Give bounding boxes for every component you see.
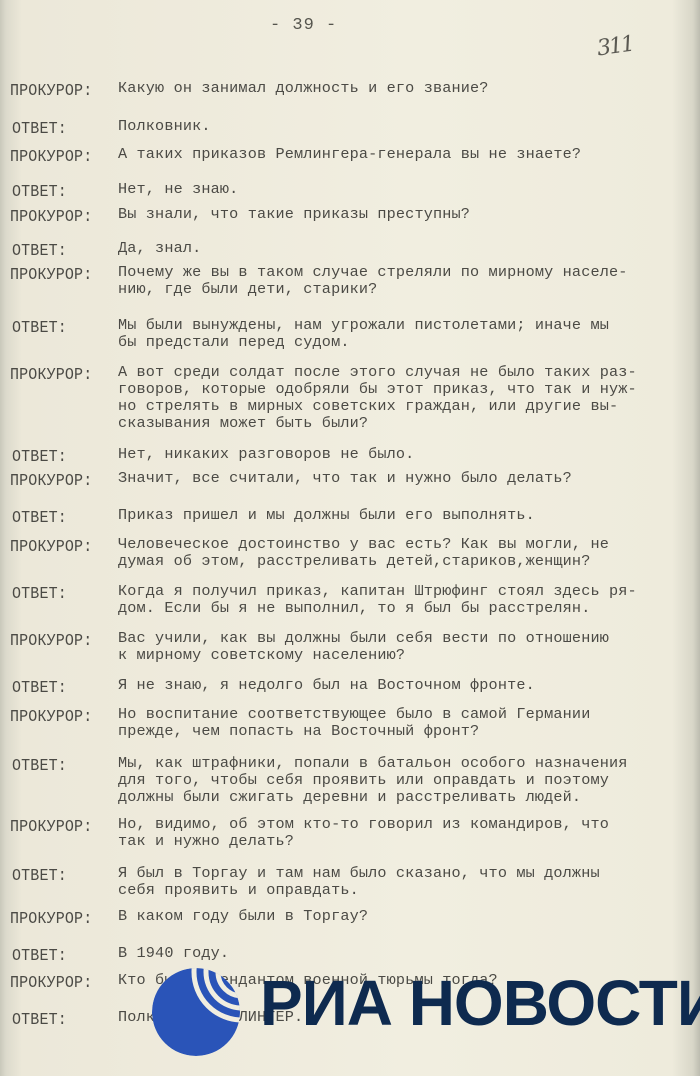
question-text: Почему же вы в таком случае стреляли по … bbox=[118, 264, 698, 298]
ria-novosti-wordmark: РИА НОВОСТИ bbox=[260, 968, 700, 1038]
handwritten-archive-number: 311 bbox=[595, 32, 634, 62]
question-text: Какую он занимал должность и его звание? bbox=[118, 80, 698, 97]
question-text: Человеческое достоинство у вас есть? Как… bbox=[118, 536, 698, 570]
speaker-answer: ОТВЕТ: bbox=[12, 679, 67, 697]
speaker-prosecutor: ПРОКУРОР: bbox=[10, 974, 92, 992]
ria-novosti-watermark: РИА НОВОСТИ bbox=[150, 962, 680, 1058]
speaker-prosecutor: ПРОКУРОР: bbox=[10, 82, 92, 100]
question-text: В каком году были в Торгау? bbox=[118, 908, 698, 925]
speaker-prosecutor: ПРОКУРОР: bbox=[10, 632, 92, 650]
speaker-prosecutor: ПРОКУРОР: bbox=[10, 708, 92, 726]
speaker-prosecutor: ПРОКУРОР: bbox=[10, 148, 92, 166]
speaker-answer: ОТВЕТ: bbox=[12, 183, 67, 201]
answer-text: Мы, как штрафники, попали в батальон осо… bbox=[118, 755, 698, 806]
speaker-answer: ОТВЕТ: bbox=[12, 867, 67, 885]
speaker-prosecutor: ПРОКУРОР: bbox=[10, 266, 92, 284]
answer-text: Я был в Торгау и там нам было сказано, ч… bbox=[118, 865, 698, 899]
answer-text: В 1940 году. bbox=[118, 945, 698, 962]
speaker-prosecutor: ПРОКУРОР: bbox=[10, 538, 92, 556]
question-text: Но, видимо, об этом кто-то говорил из ко… bbox=[118, 816, 698, 850]
speaker-answer: ОТВЕТ: bbox=[12, 120, 67, 138]
answer-text: Когда я получил приказ, капитан Штрюфинг… bbox=[118, 583, 698, 617]
answer-text: Приказ пришел и мы должны были его выпол… bbox=[118, 507, 698, 524]
speaker-answer: ОТВЕТ: bbox=[12, 757, 67, 775]
speaker-answer: ОТВЕТ: bbox=[12, 947, 67, 965]
speaker-answer: ОТВЕТ: bbox=[12, 509, 67, 527]
answer-text: Нет, никаких разговоров не было. bbox=[118, 446, 698, 463]
speaker-answer: ОТВЕТ: bbox=[12, 448, 67, 466]
question-text: Значит, все считали, что так и нужно был… bbox=[118, 470, 698, 487]
speaker-answer: ОТВЕТ: bbox=[12, 1011, 67, 1029]
question-text: А вот среди солдат после этого случая не… bbox=[118, 364, 698, 432]
question-text: А таких приказов Ремлингера-генерала вы … bbox=[118, 146, 698, 163]
answer-text: Мы были вынуждены, нам угрожали пистолет… bbox=[118, 317, 698, 351]
speaker-prosecutor: ПРОКУРОР: bbox=[10, 818, 92, 836]
speaker-answer: ОТВЕТ: bbox=[12, 319, 67, 337]
document-page: - 39 - 311 ПРОКУРОР:Какую он занимал дол… bbox=[0, 0, 700, 1076]
page-number: - 39 - bbox=[270, 16, 337, 35]
speaker-prosecutor: ПРОКУРОР: bbox=[10, 366, 92, 384]
speaker-answer: ОТВЕТ: bbox=[12, 585, 67, 603]
answer-text: Да, знал. bbox=[118, 240, 698, 257]
answer-text: Полковник. bbox=[118, 118, 698, 135]
speaker-prosecutor: ПРОКУРОР: bbox=[10, 472, 92, 490]
question-text: Но воспитание соответствующее было в сам… bbox=[118, 706, 698, 740]
question-text: Вас учили, как вы должны были себя вести… bbox=[118, 630, 698, 664]
question-text: Вы знали, что такие приказы преступны? bbox=[118, 206, 698, 223]
answer-text: Я не знаю, я недолго был на Восточном фр… bbox=[118, 677, 698, 694]
ria-globe-icon bbox=[150, 962, 250, 1058]
answer-text: Нет, не знаю. bbox=[118, 181, 698, 198]
speaker-prosecutor: ПРОКУРОР: bbox=[10, 208, 92, 226]
speaker-answer: ОТВЕТ: bbox=[12, 242, 67, 260]
speaker-prosecutor: ПРОКУРОР: bbox=[10, 910, 92, 928]
